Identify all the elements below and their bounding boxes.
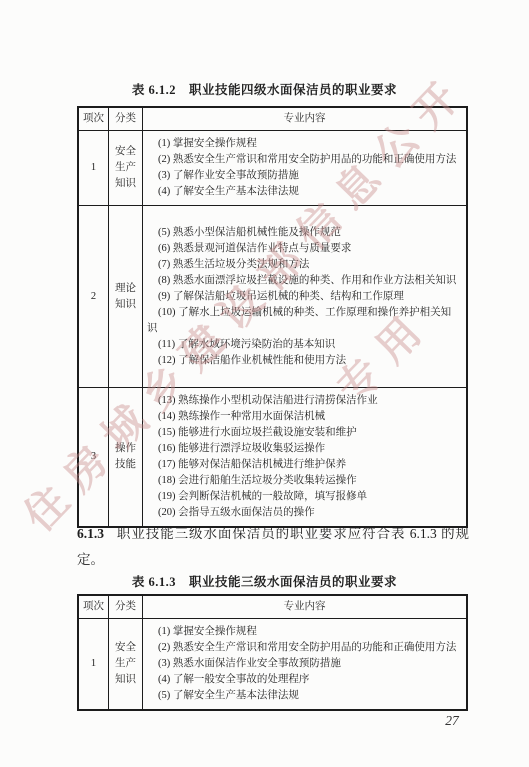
requirement-item: (15) 能够进行水面垃圾拦截设施安装和维护: [147, 425, 460, 441]
row-index-cell: 3: [78, 388, 109, 528]
requirement-item: (1) 掌握安全操作规程: [147, 136, 460, 152]
requirement-item: (20) 会指导五级水面保洁员的操作: [147, 505, 460, 521]
column-header: 项次: [78, 595, 109, 619]
requirement-item: (10) 了解水上垃圾运输机械的种类、工作原理和操作养护相关知识: [147, 305, 460, 337]
page-number: 27: [434, 713, 470, 729]
table-613: 项次分类专业内容1安全生产知识(1) 掌握安全操作规程(2) 熟悉安全生产常识和…: [77, 594, 468, 711]
clause-text: 职业技能三级水面保洁员的职业要求应符合表 6.1.3 的规定。: [77, 526, 469, 567]
requirement-item: (19) 会判断保洁机械的一般故障，填写报修单: [147, 489, 460, 505]
row-index-cell: 2: [78, 206, 109, 388]
requirements-table: 项次分类专业内容1安全生产知识(1) 掌握安全操作规程(2) 熟悉安全生产常识和…: [77, 594, 468, 711]
requirement-item: (3) 了解作业安全事故预防措施: [147, 168, 460, 184]
requirement-item: (2) 熟悉安全生产常识和常用安全防护用品的功能和正确使用方法: [147, 152, 460, 168]
table-row: 1安全生产知识(1) 掌握安全操作规程(2) 熟悉安全生产常识和常用安全防护用品…: [78, 619, 467, 711]
row-index-cell: 1: [78, 619, 109, 711]
requirement-item: (13) 熟练操作小型机动保洁船进行清捞保洁作业: [147, 393, 460, 409]
row-category-cell: 安全生产知识: [109, 619, 143, 711]
requirement-item: (8) 熟悉水面漂浮垃圾拦截设施的种类、作用和作业方法相关知识: [147, 273, 460, 289]
table-row: 2理论知识(5) 熟悉小型保洁船机械性能及操作规范(6) 熟悉景观河道保洁作业特…: [78, 206, 467, 388]
requirement-item: (6) 熟悉景观河道保洁作业特点与质量要求: [147, 241, 460, 257]
table-612-title: 表 6.1.2 职业技能四级水面保洁员的职业要求: [0, 80, 529, 98]
column-header: 专业内容: [143, 107, 468, 131]
row-content-cell: (5) 熟悉小型保洁船机械性能及操作规范(6) 熟悉景观河道保洁作业特点与质量要…: [143, 206, 468, 388]
row-category-cell: 安全生产知识: [109, 131, 143, 206]
requirement-item: (14) 熟练操作一种常用水面保洁机械: [147, 409, 460, 425]
table-header-row: 项次分类专业内容: [78, 595, 467, 619]
row-category-cell: 操作技能: [109, 388, 143, 528]
requirement-item: (17) 能够对保洁船保洁机械进行维护保养: [147, 457, 460, 473]
requirement-item: (3) 熟悉水面保洁作业安全事故预防措施: [147, 656, 460, 672]
requirement-item: (5) 熟悉小型保洁船机械性能及操作规范: [147, 225, 460, 241]
table-613-title: 表 6.1.3 职业技能三级水面保洁员的职业要求: [0, 572, 529, 590]
requirement-item: (18) 会进行船舶生活垃圾分类收集转运操作: [147, 473, 460, 489]
requirement-item: (7) 熟悉生活垃圾分类法规和方法: [147, 257, 460, 273]
table-row: 1安全生产知识(1) 掌握安全操作规程(2) 熟悉安全生产常识和常用安全防护用品…: [78, 131, 467, 206]
column-header: 分类: [109, 107, 143, 131]
row-content-cell: (13) 熟练操作小型机动保洁船进行清捞保洁作业(14) 熟练操作一种常用水面保…: [143, 388, 468, 528]
requirements-table: 项次分类专业内容1安全生产知识(1) 掌握安全操作规程(2) 熟悉安全生产常识和…: [77, 106, 468, 528]
column-header: 专业内容: [143, 595, 468, 619]
clause-613-paragraph: 6.1.3职业技能三级水面保洁员的职业要求应符合表 6.1.3 的规定。: [77, 521, 469, 573]
row-content-cell: (1) 掌握安全操作规程(2) 熟悉安全生产常识和常用安全防护用品的功能和正确使…: [143, 619, 468, 711]
column-header: 项次: [78, 107, 109, 131]
column-header: 分类: [109, 595, 143, 619]
requirement-item: (4) 了解安全生产基本法律法规: [147, 184, 460, 200]
document-page: 表 6.1.2 职业技能四级水面保洁员的职业要求 项次分类专业内容1安全生产知识…: [0, 0, 529, 767]
row-category-cell: 理论知识: [109, 206, 143, 388]
clause-number: 6.1.3: [77, 526, 104, 541]
requirement-item: (11) 了解水域环境污染防治的基本知识: [147, 337, 460, 353]
row-content-cell: (1) 掌握安全操作规程(2) 熟悉安全生产常识和常用安全防护用品的功能和正确使…: [143, 131, 468, 206]
requirement-item: (4) 了解一般安全事故的处理程序: [147, 672, 460, 688]
requirement-item: (9) 了解保洁船垃圾吊运机械的种类、结构和工作原理: [147, 289, 460, 305]
requirement-item: (16) 能够进行漂浮垃圾收集驳运操作: [147, 441, 460, 457]
requirement-item: (1) 掌握安全操作规程: [147, 624, 460, 640]
requirement-item: (2) 熟悉安全生产常识和常用安全防护用品的功能和正确使用方法: [147, 640, 460, 656]
requirement-item: (12) 了解保洁船作业机械性能和使用方法: [147, 353, 460, 369]
table-row: 3操作技能(13) 熟练操作小型机动保洁船进行清捞保洁作业(14) 熟练操作一种…: [78, 388, 467, 528]
row-index-cell: 1: [78, 131, 109, 206]
table-612: 项次分类专业内容1安全生产知识(1) 掌握安全操作规程(2) 熟悉安全生产常识和…: [77, 106, 468, 528]
requirement-item: (5) 了解安全生产基本法律法规: [147, 688, 460, 704]
table-header-row: 项次分类专业内容: [78, 107, 467, 131]
